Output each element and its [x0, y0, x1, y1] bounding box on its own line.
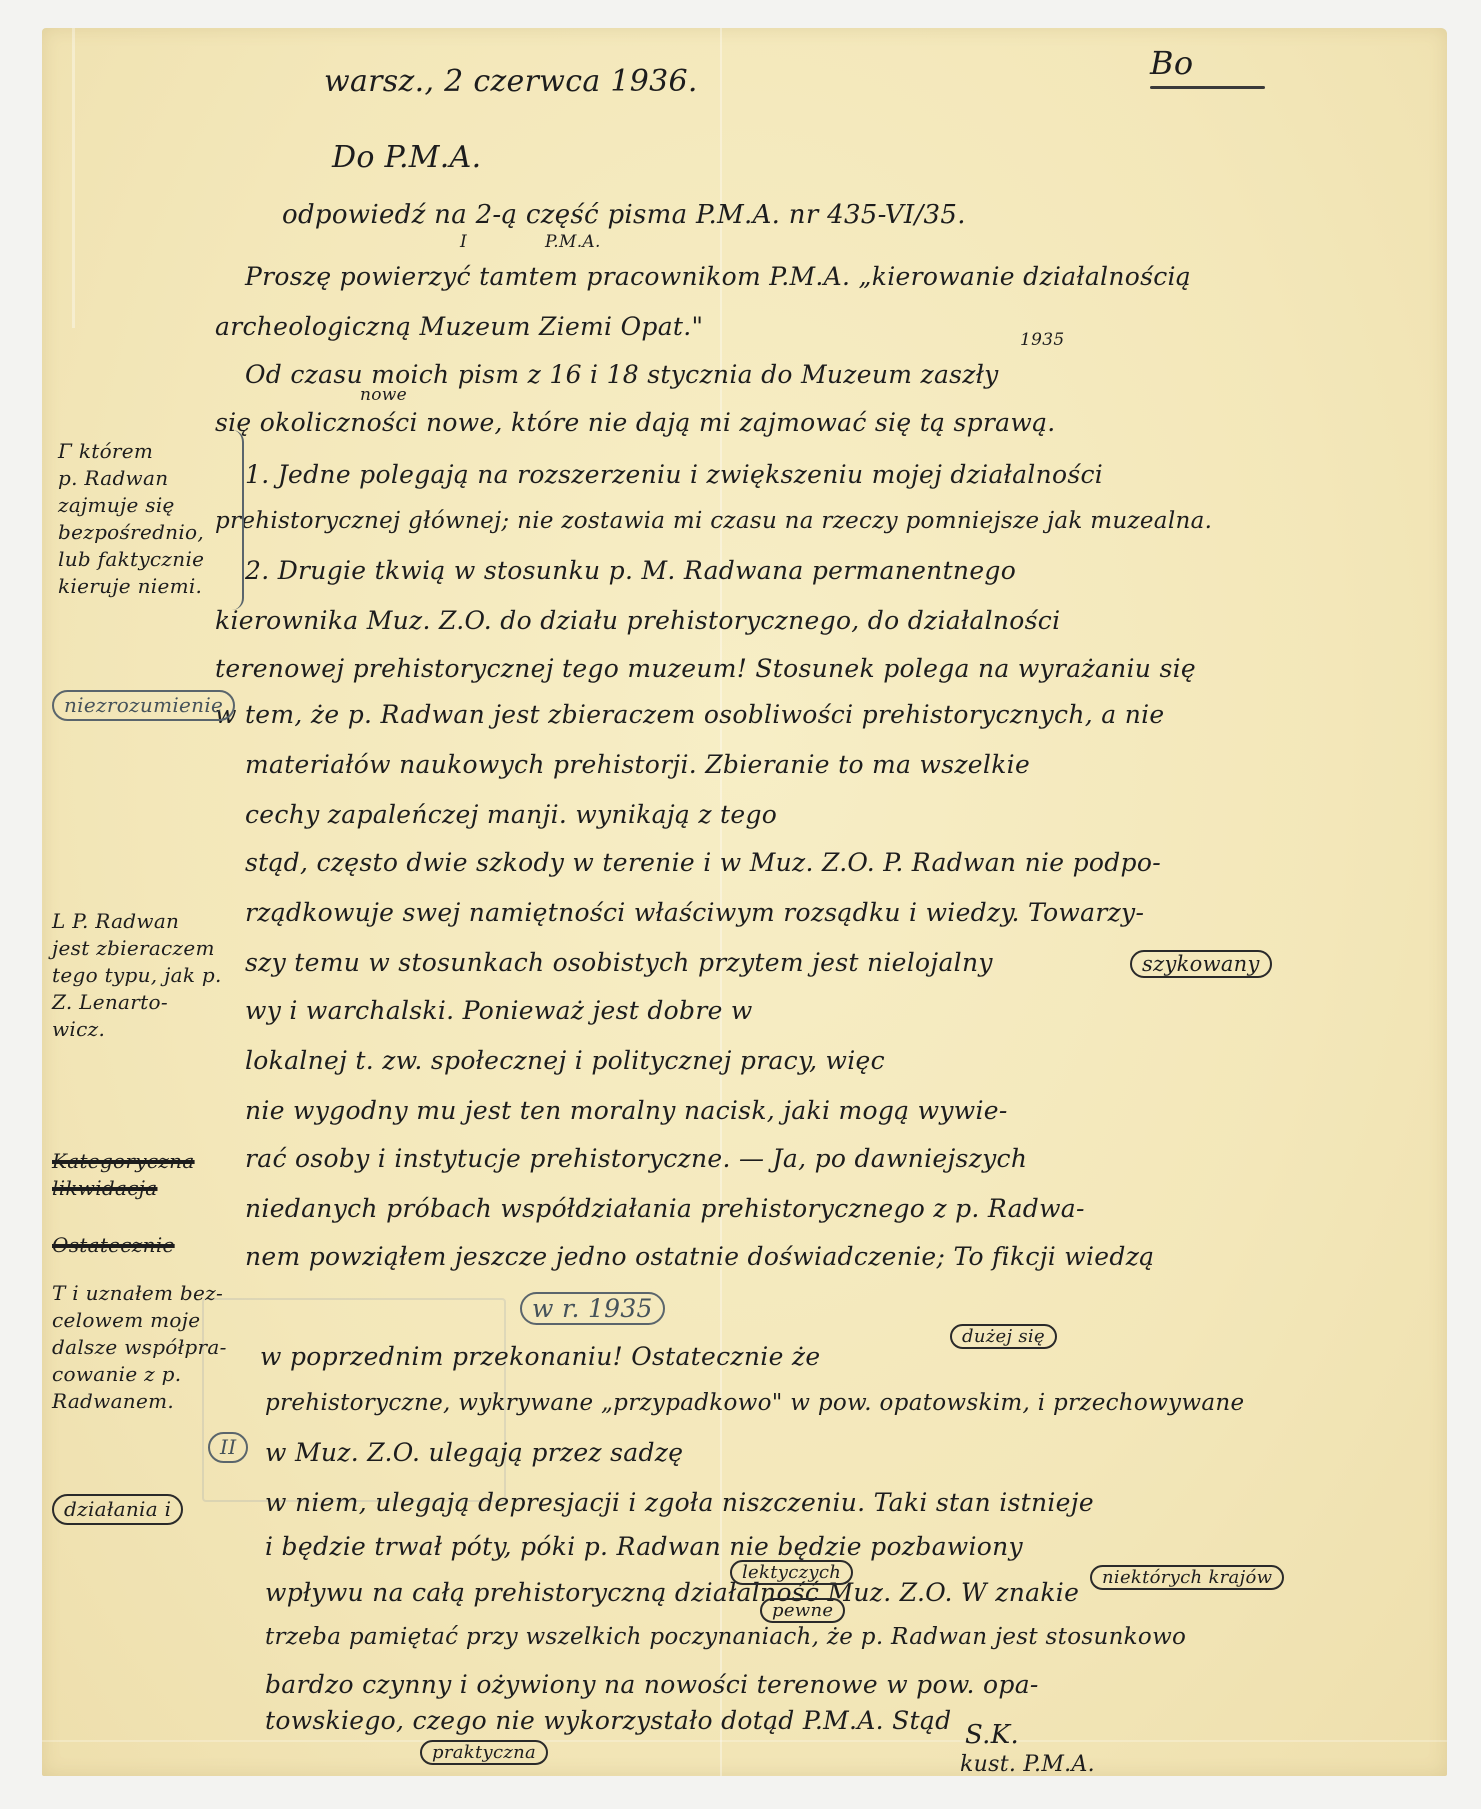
body-line: kierownika Muz. Z.O. do działu prehistor…: [215, 606, 1060, 635]
margin-note-2: niezrozumienie: [52, 690, 235, 721]
paper-fold-horizontal: [42, 1740, 1447, 1742]
corner-mark-underline: [1150, 86, 1265, 89]
body-line: prehistorycznej głównej; nie zostawia mi…: [215, 508, 1212, 534]
signature-title: kust. P.M.A.: [960, 1752, 1095, 1777]
circled-word: pewne: [760, 1598, 845, 1623]
body-line: w niem, ulegają depresjacji i zgoła nisz…: [265, 1488, 1094, 1517]
body-line: Od czasu moich pism z 16 i 18 stycznia d…: [245, 360, 999, 389]
body-line: nem powziąłem jeszcze jedno ostatnie doś…: [245, 1242, 1154, 1271]
margin-note-6: T i uznałem bez- celowem moje dalsze wsp…: [52, 1280, 227, 1415]
body-line: i będzie trwał póty, póki p. Radwan nie …: [265, 1532, 1023, 1561]
body-line: niedanych próbach współdziałania prehist…: [245, 1194, 1085, 1223]
body-line: w poprzednim przekonaniu! Ostatecznie że: [260, 1342, 821, 1371]
body-line: terenowej prehistorycznej tego muzeum! S…: [215, 654, 1196, 683]
subject-line: odpowiedź na 2-ą część pisma P.M.A. nr 4…: [282, 200, 966, 230]
annotation-roman-i: I: [460, 232, 467, 252]
body-line: prehistoryczne, wykrywane „przypadkowo" …: [265, 1390, 1244, 1416]
annotation-pma: P.M.A.: [545, 232, 601, 252]
annotation-year: 1935: [1020, 330, 1064, 350]
body-line: wpływu na całą prehistoryczną działalnoś…: [265, 1578, 1079, 1607]
margin-note-1-bracket: [232, 430, 244, 610]
circled-word: niektórych krajów: [1090, 1565, 1284, 1590]
body-line: 1. Jedne polegają na rozszerzeniu i zwię…: [245, 460, 1103, 489]
circled-year-1935: w r. 1935: [520, 1292, 665, 1325]
body-line: rządkowuje swej namiętności właściwym ro…: [245, 898, 1144, 927]
body-line: towskiego, czego nie wykorzystało dotąd …: [265, 1706, 951, 1735]
margin-note-7: II: [208, 1432, 248, 1463]
margin-note-8: działania i: [52, 1494, 183, 1525]
body-line: Proszę powierzyć tamtem pracownikom P.M.…: [245, 262, 1191, 291]
margin-note-4: Kategoryczna likwidacja: [52, 1148, 195, 1202]
body-line: 2. Drugie tkwią w stosunku p. M. Radwana…: [245, 556, 1016, 585]
body-line: archeologiczną Muzeum Ziemi Opat.": [215, 312, 703, 341]
body-line: materiałów naukowych prehistorji. Zbiera…: [245, 750, 1030, 779]
body-line: lokalnej t. zw. społecznej i politycznej…: [245, 1046, 885, 1075]
body-line: cechy zapaleńczej manji. wynikają z tego: [245, 800, 777, 829]
body-line: w tem, że p. Radwan jest zbieraczem osob…: [215, 700, 1165, 729]
margin-note-3: L P. Radwan jest zbieraczem tego typu, j…: [52, 908, 222, 1043]
body-line: w Muz. Z.O. ulegają przez sadzę: [265, 1438, 683, 1467]
margin-note-5: Ostatecznie: [52, 1232, 175, 1259]
circled-word: dużej się: [950, 1324, 1057, 1349]
body-line: nie wygodny mu jest ten moralny nacisk, …: [245, 1096, 1008, 1125]
margin-note-1: Γ którem p. Radwan zajmuje się bezpośred…: [58, 438, 204, 600]
body-line: stąd, często dwie szkody w terenie i w M…: [245, 848, 1161, 877]
body-line: rać osoby i instytucje prehistoryczne. —…: [245, 1144, 1027, 1173]
circled-word: lektyczych: [730, 1560, 853, 1585]
signature: S.K.: [965, 1720, 1019, 1750]
place-date: warsz., 2 czerwca 1936.: [324, 64, 698, 99]
body-line: wy i warchalski. Ponieważ jest dobre w: [245, 996, 753, 1025]
body-line: trzeba pamiętać przy wszelkich poczynani…: [265, 1624, 1186, 1650]
body-line: szy temu w stosunkach osobistych przytem…: [245, 948, 993, 977]
addressee: Do P.M.A.: [332, 140, 481, 175]
body-line: bardzo czynny i ożywiony na nowości tere…: [265, 1670, 1039, 1699]
corner-mark: Bo: [1150, 44, 1193, 82]
circled-word: praktyczna: [420, 1740, 548, 1765]
paper-crease-left: [72, 28, 75, 328]
body-line: się okoliczności nowe, które nie dają mi…: [215, 408, 1056, 437]
circled-word: szykowany: [1130, 950, 1272, 978]
